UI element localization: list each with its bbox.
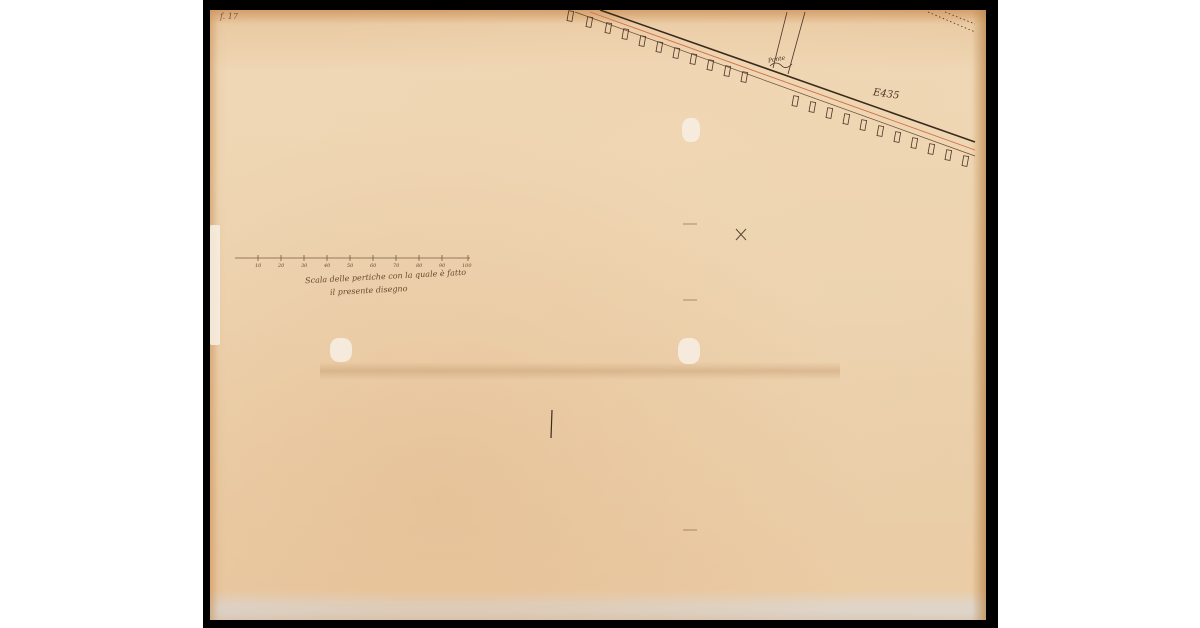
cross-mark	[736, 229, 746, 240]
scale-tick-label: 20	[278, 263, 284, 269]
ink-stroke	[551, 410, 552, 438]
scale-tick-label: 60	[370, 263, 376, 269]
canal-band	[575, 10, 975, 156]
scale-tick-label: 70	[393, 263, 399, 269]
scale-tick-label: 30	[301, 263, 307, 269]
canal-blocks	[567, 11, 969, 167]
scale-tick-label: 40	[324, 263, 330, 269]
scale-tick-label: 50	[347, 263, 353, 269]
scale-tick-label: 80	[416, 263, 422, 269]
dotted-boundary	[928, 12, 975, 32]
scale-bar	[235, 255, 470, 261]
scale-tick-label: 10	[255, 263, 261, 269]
bridge	[770, 12, 805, 74]
map-drawing	[0, 0, 1200, 628]
